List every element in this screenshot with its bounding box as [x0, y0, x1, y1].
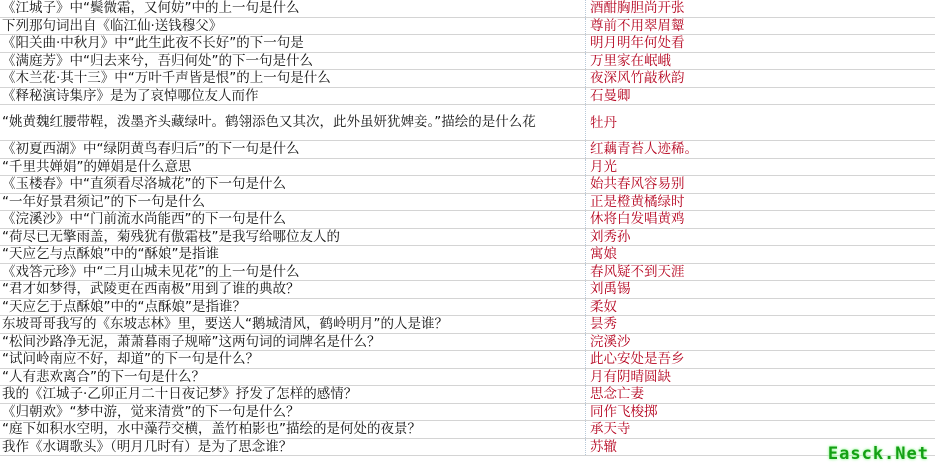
table-row: 下列那句词出自《临江仙·送钱穆父》 尊前不用翠眉颦 [0, 17, 935, 35]
question-cell[interactable]: “荷尽已无擎雨盖，菊残犹有傲霜枝”是我写给哪位友人的 [0, 228, 586, 246]
table-row: 《木兰花·其十三》中“万叶千声皆是恨”的上一句是什么 夜深风竹敲秋韵 [0, 70, 935, 88]
question-cell[interactable]: “天应乞与点酥娘”中的“酥娘”是指谁 [0, 246, 586, 264]
question-cell[interactable]: 《释秘演诗集序》是为了哀悼哪位友人而作 [0, 87, 586, 105]
question-cell[interactable]: “千里共婵娟”的婵娟是什么意思 [0, 158, 586, 176]
answer-cell[interactable]: 红藕青苔人迹稀。 [586, 141, 935, 159]
question-cell[interactable]: “试问岭南应不好，却道”的下一句是什么？ [0, 351, 586, 369]
question-cell[interactable]: 我作《水调歌头》（明月几时有）是为了思念谁？ [0, 438, 586, 456]
question-cell[interactable]: 《阳关曲·中秋月》中“此生此夜不长好”的下一句是 [0, 35, 586, 53]
answer-cell[interactable]: 此心安处是吾乡 [586, 351, 935, 369]
table-row: “天应乞与点酥娘”中的“酥娘”是指谁 寓娘 [0, 246, 935, 264]
question-cell[interactable]: “君才如梦得，武陵更在西南极”用到了谁的典故？ [0, 281, 586, 299]
answer-cell[interactable]: 明月明年何处看 [586, 35, 935, 53]
answer-cell[interactable]: 休将白发唱黄鸡 [586, 211, 935, 229]
table-row: 《初夏西湖》中“绿阴黄鸟春归后”的下一句是什么 红藕青苔人迹稀。 [0, 141, 935, 159]
question-cell[interactable]: 《木兰花·其十三》中“万叶千声皆是恨”的上一句是什么 [0, 70, 586, 88]
answer-cell[interactable]: 刘秀孙 [586, 228, 935, 246]
question-cell[interactable]: “松间沙路净无泥，萧萧暮雨子规啼”这两句词的词牌名是什么？ [0, 333, 586, 351]
answer-cell[interactable]: 尊前不用翠眉颦 [586, 17, 935, 35]
answer-cell[interactable]: 寓娘 [586, 246, 935, 264]
answer-cell[interactable]: 春风疑不到天涯 [586, 263, 935, 281]
question-cell[interactable]: “天应乞于点酥娘”中的“点酥娘”是指谁？ [0, 298, 586, 316]
answer-cell[interactable]: 浣溪沙 [586, 333, 935, 351]
answer-cell[interactable]: 刘禹锡 [586, 281, 935, 299]
question-cell[interactable]: 《玉楼春》中“直须看尽洛城花”的下一句是什么 [0, 176, 586, 194]
answer-cell[interactable]: 万里家在岷峨 [586, 52, 935, 70]
answer-cell[interactable]: 夜深风竹敲秋韵 [586, 70, 935, 88]
question-cell[interactable]: 《江城子》中“鬓微霜，又何妨”中的上一句是什么 [0, 0, 586, 17]
table-row: “一年好景君须记”的下一句是什么 正是橙黄橘绿时 [0, 193, 935, 211]
question-cell[interactable]: “姚黄魏红腰带鞓，泼墨齐头藏绿叶。鹤翎添色又其次，此外虽妍犹婢妾。”描绘的是什么… [0, 105, 586, 141]
answer-cell[interactable]: 石曼卿 [586, 87, 935, 105]
question-cell[interactable]: 《浣溪沙》中“门前流水尚能西”的下一句是什么 [0, 211, 586, 229]
qa-spreadsheet: 《江城子》中“鬓微霜，又何妨”中的上一句是什么 酒酣胸胆尚开张 下列那句词出自《… [0, 0, 935, 456]
table-row: “天应乞于点酥娘”中的“点酥娘”是指谁？ 柔奴 [0, 298, 935, 316]
table-row: 我作《水调歌头》（明月几时有）是为了思念谁？ 苏辙 [0, 438, 935, 456]
table-row: “姚黄魏红腰带鞓，泼墨齐头藏绿叶。鹤翎添色又其次，此外虽妍犹婢妾。”描绘的是什么… [0, 105, 935, 141]
answer-cell[interactable]: 月光 [586, 158, 935, 176]
question-cell[interactable]: 下列那句词出自《临江仙·送钱穆父》 [0, 17, 586, 35]
answer-cell[interactable]: 同作飞梭掷 [586, 403, 935, 421]
table-row: 《江城子》中“鬓微霜，又何妨”中的上一句是什么 酒酣胸胆尚开张 [0, 0, 935, 17]
question-cell[interactable]: “人有悲欢离合”的下一句是什么？ [0, 368, 586, 386]
answer-cell[interactable]: 柔奴 [586, 298, 935, 316]
table-row: 《释秘演诗集序》是为了哀悼哪位友人而作 石曼卿 [0, 87, 935, 105]
table-row: 《戏答元珍》中“二月山城未见花”的上一句是什么 春风疑不到天涯 [0, 263, 935, 281]
table-row: 我的《江城子·乙卯正月二十日夜记梦》抒发了怎样的感情？ 思念亡妻 [0, 386, 935, 404]
table-row: 《阳关曲·中秋月》中“此生此夜不长好”的下一句是 明月明年何处看 [0, 35, 935, 53]
table-row: “荷尽已无擎雨盖，菊残犹有傲霜枝”是我写给哪位友人的 刘秀孙 [0, 228, 935, 246]
answer-cell[interactable]: 思念亡妻 [586, 386, 935, 404]
question-cell[interactable]: 《满庭芳》中“归去来兮，吾归何处”的下一句是什么 [0, 52, 586, 70]
answer-cell[interactable]: 月有阴晴圆缺 [586, 368, 935, 386]
table-row: 东坡哥哥我写的《东坡志林》里，要送人“鹅城清风，鹤岭明月”的人是谁？ 昙秀 [0, 316, 935, 334]
watermark-logo: Easck.Net [828, 444, 929, 464]
table-row: 《归朝欢》“梦中游，觉来清赏”的下一句是什么？ 同作飞梭掷 [0, 403, 935, 421]
table-row: “庭下如积水空明，水中藻荇交横，盖竹柏影也”描绘的是何处的夜景？ 承天寺 [0, 421, 935, 439]
question-cell[interactable]: 《初夏西湖》中“绿阴黄鸟春归后”的下一句是什么 [0, 141, 586, 159]
answer-cell[interactable]: 昙秀 [586, 316, 935, 334]
table-row: “千里共婵娟”的婵娟是什么意思 月光 [0, 158, 935, 176]
question-cell[interactable]: 《归朝欢》“梦中游，觉来清赏”的下一句是什么？ [0, 403, 586, 421]
table-row: “君才如梦得，武陵更在西南极”用到了谁的典故？ 刘禹锡 [0, 281, 935, 299]
table-row: “试问岭南应不好，却道”的下一句是什么？ 此心安处是吾乡 [0, 351, 935, 369]
table-row: “松间沙路净无泥，萧萧暮雨子规啼”这两句词的词牌名是什么？ 浣溪沙 [0, 333, 935, 351]
answer-cell[interactable]: 牡丹 [586, 105, 935, 141]
table-row: 《满庭芳》中“归去来兮，吾归何处”的下一句是什么 万里家在岷峨 [0, 52, 935, 70]
table-row: “人有悲欢离合”的下一句是什么？ 月有阴晴圆缺 [0, 368, 935, 386]
question-cell[interactable]: “一年好景君须记”的下一句是什么 [0, 193, 586, 211]
question-cell[interactable]: 我的《江城子·乙卯正月二十日夜记梦》抒发了怎样的感情？ [0, 386, 586, 404]
table-row: 《浣溪沙》中“门前流水尚能西”的下一句是什么 休将白发唱黄鸡 [0, 211, 935, 229]
question-cell[interactable]: 《戏答元珍》中“二月山城未见花”的上一句是什么 [0, 263, 586, 281]
answer-cell[interactable]: 始共春风容易别 [586, 176, 935, 194]
answer-cell[interactable]: 正是橙黄橘绿时 [586, 193, 935, 211]
answer-cell[interactable]: 承天寺 [586, 421, 935, 439]
question-cell[interactable]: “庭下如积水空明，水中藻荇交横，盖竹柏影也”描绘的是何处的夜景？ [0, 421, 586, 439]
question-cell[interactable]: 东坡哥哥我写的《东坡志林》里，要送人“鹅城清风，鹤岭明月”的人是谁？ [0, 316, 586, 334]
table-row: 《玉楼春》中“直须看尽洛城花”的下一句是什么 始共春风容易别 [0, 176, 935, 194]
answer-cell[interactable]: 酒酣胸胆尚开张 [586, 0, 935, 17]
